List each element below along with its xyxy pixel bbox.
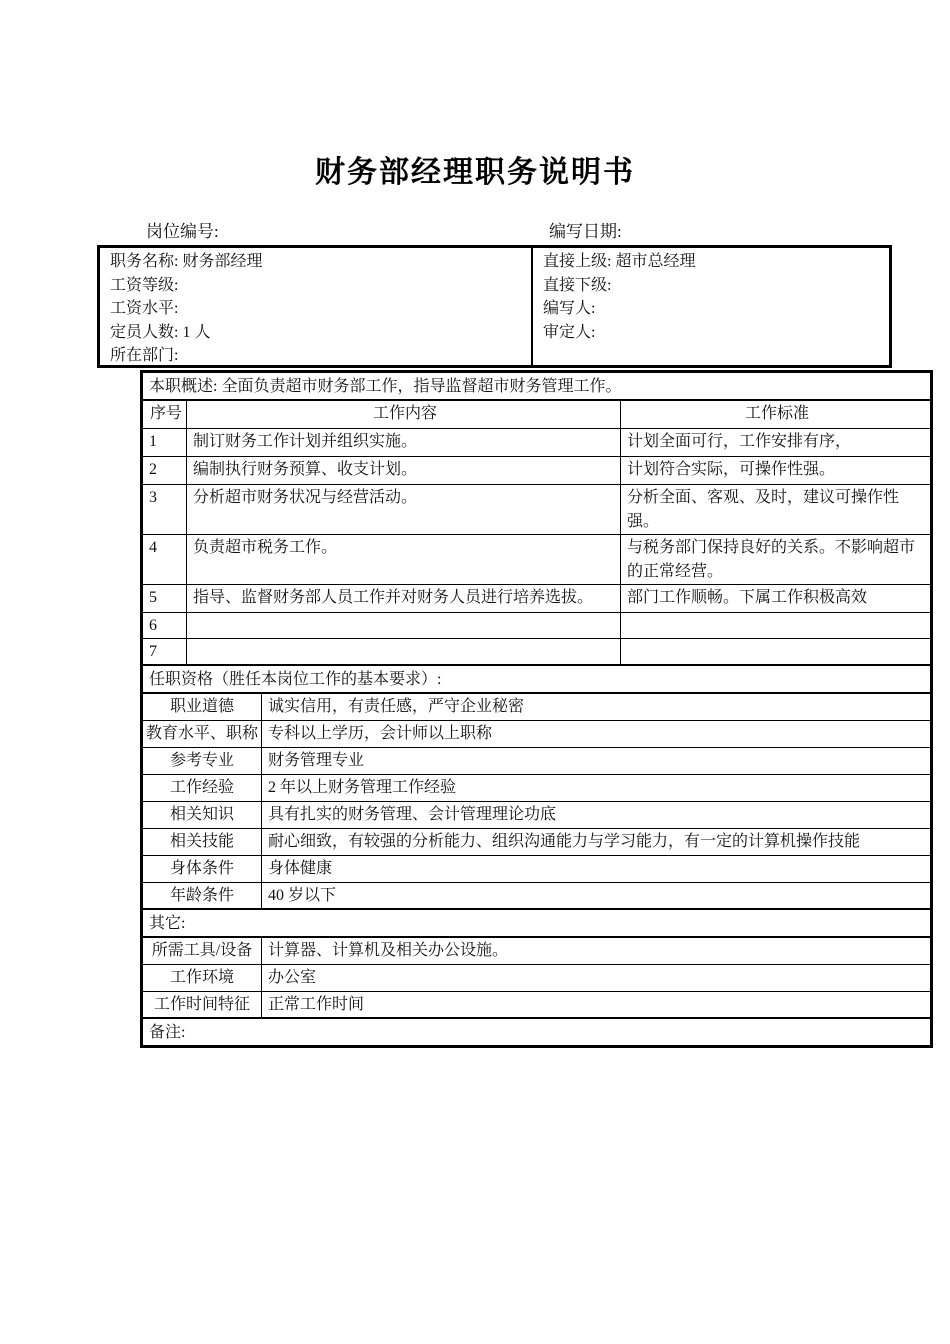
duty-content: 编制执行财务预算、收支计划。	[186, 457, 620, 484]
job-title-line: 职务名称: 财务部经理	[110, 250, 527, 274]
duty-no: 2	[143, 457, 186, 484]
remarks-row: 备注:	[143, 1019, 930, 1045]
direct-subordinate-line: 直接下级:	[543, 274, 885, 298]
duty-row-5: 5 指导、监督财务部人员工作并对财务人员进行培养选拔。 部门工作顺畅。下属工作积…	[143, 585, 930, 613]
wage-level-line: 工资水平:	[110, 297, 527, 321]
duty-row-1: 1 制订财务工作计划并组织实施。 计划全面可行，工作安排有序，	[143, 429, 930, 457]
qualification-row-age: 年龄条件 40 岁以下	[143, 883, 930, 910]
duty-content: 制订财务工作计划并组织实施。	[186, 429, 620, 456]
qualification-value: 耐心细致，有较强的分析能力、组织沟通能力与学习能力，有一定的计算机操作技能	[261, 829, 930, 855]
qualification-row-knowledge: 相关知识 具有扎实的财务管理、会计管理理论功底	[143, 802, 930, 829]
duty-content: 分析超市财务状况与经营活动。	[186, 485, 620, 534]
qualification-label: 教育水平、职称	[143, 721, 261, 747]
qualification-value: 2 年以上财务管理工作经验	[261, 775, 930, 801]
duty-content	[186, 613, 620, 638]
qualification-label: 年龄条件	[143, 883, 261, 908]
job-summary-row: 本职概述: 全面负责超市财务部工作，指导监督超市财务管理工作。	[143, 373, 930, 401]
duty-standard: 计划符合实际，可操作性强。	[620, 457, 930, 484]
writer-line: 编写人:	[543, 297, 885, 321]
document-title: 财务部经理职务说明书	[0, 147, 950, 191]
duty-content	[186, 639, 620, 664]
duty-row-6: 6	[143, 613, 930, 639]
duty-standard: 部门工作顺畅。下属工作积极高效	[620, 585, 930, 612]
qualification-label: 身体条件	[143, 856, 261, 882]
duty-no: 7	[143, 639, 186, 664]
duty-standard	[620, 639, 930, 664]
write-date-label: 编写日期:	[549, 217, 622, 242]
duty-no: 3	[143, 485, 186, 534]
qualification-label: 职业道德	[143, 694, 261, 720]
other-row-environment: 工作环境 办公室	[143, 965, 930, 992]
qualification-label: 参考专业	[143, 748, 261, 774]
qualification-row-education: 教育水平、职称 专科以上学历，会计师以上职称	[143, 721, 930, 748]
qualification-value: 具有扎实的财务管理、会计管理理论功底	[261, 802, 930, 828]
duty-standard	[620, 613, 930, 638]
other-value: 正常工作时间	[261, 992, 930, 1017]
post-number-label: 岗位编号:	[146, 217, 219, 242]
qualifications-header-row: 任职资格（胜任本岗位工作的基本要求）:	[143, 666, 930, 694]
headcount-line: 定员人数: 1 人	[110, 321, 527, 345]
other-value: 计算器、计算机及相关办公设施。	[261, 938, 930, 964]
duty-content: 指导、监督财务部人员工作并对财务人员进行培养选拔。	[186, 585, 620, 612]
duty-standard: 计划全面可行，工作安排有序，	[620, 429, 930, 456]
qualification-value: 诚实信用，有责任感，严守企业秘密	[261, 694, 930, 720]
qualification-row-physical: 身体条件 身体健康	[143, 856, 930, 883]
qualification-row-ethics: 职业道德 诚实信用，有责任感，严守企业秘密	[143, 694, 930, 721]
wage-grade-line: 工资等级:	[110, 274, 527, 298]
basic-info-table: 职务名称: 财务部经理 工资等级: 工资水平: 定员人数: 1 人 所在部门: …	[97, 245, 892, 368]
meta-row: 岗位编号: 编写日期:	[0, 217, 950, 241]
other-header-row: 其它:	[143, 910, 930, 938]
qualification-value: 身体健康	[261, 856, 930, 882]
duty-no: 5	[143, 585, 186, 612]
document-page: 财务部经理职务说明书 岗位编号: 编写日期: 职务名称: 财务部经理 工资等级:…	[0, 0, 950, 1344]
duty-row-4: 4 负责超市税务工作。 与税务部门保持良好的关系。不影响超市的正常经营。	[143, 535, 930, 585]
qualification-value: 财务管理专业	[261, 748, 930, 774]
other-value: 办公室	[261, 965, 930, 991]
qualification-value: 专科以上学历，会计师以上职称	[261, 721, 930, 747]
department-line: 所在部门:	[110, 344, 527, 368]
job-description-table: 本职概述: 全面负责超市财务部工作，指导监督超市财务管理工作。 序号 工作内容 …	[140, 370, 933, 1048]
duty-no: 6	[143, 613, 186, 638]
qualification-label: 相关知识	[143, 802, 261, 828]
approver-line: 审定人:	[543, 321, 885, 345]
basic-info-left-cell: 职务名称: 财务部经理 工资等级: 工资水平: 定员人数: 1 人 所在部门:	[100, 248, 533, 365]
direct-superior-line: 直接上级: 超市总经理	[543, 250, 885, 274]
qualification-row-skills: 相关技能 耐心细致，有较强的分析能力、组织沟通能力与学习能力，有一定的计算机操作…	[143, 829, 930, 856]
other-row-tools: 所需工具/设备 计算器、计算机及相关办公设施。	[143, 938, 930, 965]
other-label: 工作环境	[143, 965, 261, 991]
duty-no: 1	[143, 429, 186, 456]
duty-no: 4	[143, 535, 186, 584]
duty-standard: 与税务部门保持良好的关系。不影响超市的正常经营。	[620, 535, 930, 584]
qualification-row-experience: 工作经验 2 年以上财务管理工作经验	[143, 775, 930, 802]
duty-content: 负责超市税务工作。	[186, 535, 620, 584]
duty-row-3: 3 分析超市财务状况与经营活动。 分析全面、客观、及时，建议可操作性强。	[143, 485, 930, 535]
qualification-label: 工作经验	[143, 775, 261, 801]
qualification-row-major: 参考专业 财务管理专业	[143, 748, 930, 775]
qualification-label: 相关技能	[143, 829, 261, 855]
other-label: 工作时间特征	[143, 992, 261, 1017]
qualification-value: 40 岁以下	[261, 883, 930, 908]
column-header-standard: 工作标准	[620, 401, 930, 428]
column-header-content: 工作内容	[186, 401, 620, 428]
duty-row-2: 2 编制执行财务预算、收支计划。 计划符合实际，可操作性强。	[143, 457, 930, 485]
basic-info-right-cell: 直接上级: 超市总经理 直接下级: 编写人: 审定人:	[533, 248, 889, 365]
duty-row-7: 7	[143, 639, 930, 666]
column-header-no: 序号	[143, 401, 186, 428]
duty-standard: 分析全面、客观、及时，建议可操作性强。	[620, 485, 930, 534]
other-label: 所需工具/设备	[143, 938, 261, 964]
duties-header-row: 序号 工作内容 工作标准	[143, 401, 930, 429]
other-row-worktime: 工作时间特征 正常工作时间	[143, 992, 930, 1019]
